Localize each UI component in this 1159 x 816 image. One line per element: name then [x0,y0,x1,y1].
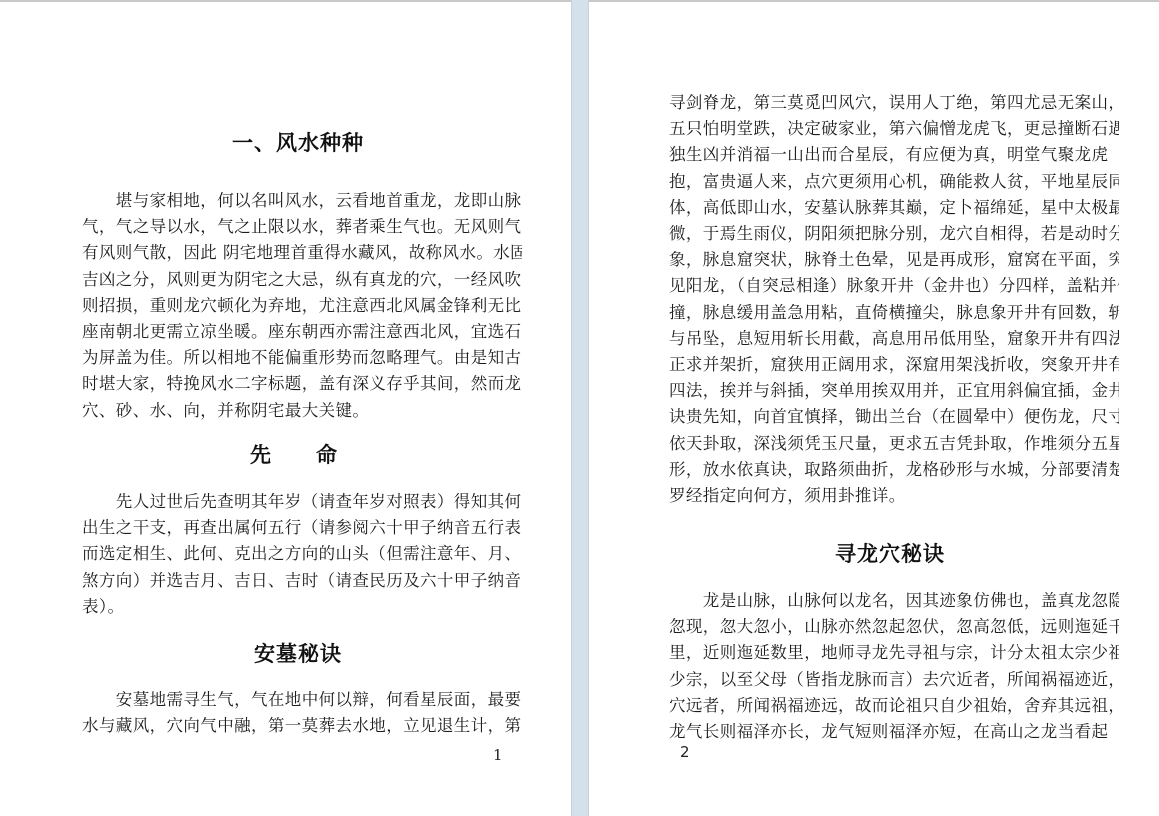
text-line: 为屏盖为佳。所以相地不能偏重形势而忽略理气。由是知古 [82,345,522,371]
text-line: 水与藏风，穴向气中融，第一莫葬去水地，立见退生计，第二莫 [82,713,522,739]
section-heading-anmu: 安墓秘诀 [254,638,342,668]
text-line: 独生凶并消福一山出而合星辰，有应便为真，明堂气聚龙虎 [669,142,1119,168]
text-line: 堪与家相地，何以名叫风水，云看地首重龙，龙即山脉之 [82,188,522,214]
text-line: 座南朝北更需立凉坐暖。座东朝西亦需注意西北风，宜选石砂 [82,319,522,345]
text-line: 忽现，忽大忽小，山脉亦然忽起忽伏，忽高忽低，远则迤延千 [669,614,1119,640]
text-line: 时堪大家，特挽风水二字标题，盖有深义存乎其间，然而龙、 [82,371,522,397]
text-line: 龙是山脉，山脉何以龙名，因其迹象仿佛也，盖真龙忽隐 [669,588,1119,614]
text-line: 正求并架折，窟狭用正阔用求，深窟用架浅折收，突象开井有 [669,352,1119,378]
text-line: 少宗，以至父母（皆指龙脉而言）去穴近者，所闻祸福迹近，去 [669,667,1119,693]
paragraph-anmu: 安墓地需寻生气，气在地中何以辩，何看星辰面，最要得 水与藏风，穴向气中融，第一莫… [82,687,522,739]
text-line: 则招损，重则龙穴顿化为弃地，尤注意西北风属金锋利无比， [82,293,522,319]
paragraph-anmu-continued: 寻剑脊龙，第三莫觅凹风穴，误用人丁绝，第四尤忌无案山，第 五只怕明堂跌，决定破家… [669,90,1119,509]
text-line: 四法，挨并与斜插，突单用挨双用并，正宜用斜偏宜插，金井要 [669,378,1119,404]
text-line: 撞，脉息缓用盖急用粘，直倚横撞尖，脉息象开井有回数，斩截 [669,300,1119,326]
paragraph-xunlongxue: 龙是山脉，山脉何以龙名，因其迹象仿佛也，盖真龙忽隐 忽现，忽大忽小，山脉亦然忽起… [669,588,1119,745]
text-line: 穴远者，所闻祸福迹远，故而论祖只自少祖始，舍弃其远祖，凡 [669,693,1119,719]
text-line: 诀贵先知，向首宜慎择，锄出兰台（在圆晕中）便伤龙，尺寸要 [669,404,1119,430]
text-line: 穴、砂、水、向，并称阴宅最大关键。 [82,398,522,424]
text-line: 而选定相生、此何、克出之方向的山头（但需注意年、月、日、时 [82,541,522,567]
section-heading-fengshui: 一、风水种种 [232,127,364,157]
document-viewer: 一、风水种种 堪与家相地，何以名叫风水，云看地首重龙，龙即山脉之 气，气之导以水… [0,0,1159,816]
text-line: 体，高低即山水，安墓认脉葬其巅，定卜福绵延，星中太极最玄 [669,195,1119,221]
text-line: 五只怕明堂跌，决定破家业，第六偏憎龙虎飞，更忌撞断石遇 [669,116,1119,142]
page-number: 2 [680,743,690,761]
text-line: 依天卦取，深浅须凭玉尺量，更求五吉凭卦取，作堆须分五星 [669,431,1119,457]
text-line: 里，近则迤延数里，地师寻龙先寻祖与宗，计分太祖太宗少祖 [669,640,1119,666]
section-heading-xianming: 先 命 [250,439,338,469]
text-line: 见阳龙，（自突忌相逢）脉象开井（金井也）分四样，盖粘并倚 [669,273,1119,299]
text-line: 形，放水依真诀，取路须曲折，龙格砂形与水城，分部要清楚， [669,457,1119,483]
text-line: 抱，富贵逼人来，点穴更须用心机，确能救人贫，平地星辰同一 [669,169,1119,195]
paragraph-fengshui: 堪与家相地，何以名叫风水，云看地首重龙，龙即山脉之 气，气之导以水，气之止限以水… [82,188,522,424]
page-2: 寻剑脊龙，第三莫觅凹风穴，误用人丁绝，第四尤忌无案山，第 五只怕明堂跌，决定破家… [589,2,1159,816]
text-line: 与吊坠，息短用斩长用截，高息用吊低用坠，窟象开井有四法， [669,326,1119,352]
text-line: 安墓地需寻生气，气在地中何以辩，何看星辰面，最要得 [82,687,522,713]
text-line: 微，于焉生雨仪，阴阳须把脉分别，龙穴自相得，若是动时分四 [669,221,1119,247]
page-gutter [571,0,589,816]
text-line: 罗经指定向何方，须用卦推详。 [669,483,1119,509]
text-line: 出生之干支，再查出属何五行（请参阅六十甲子纳音五行表） [82,515,522,541]
text-line: 先人过世后先查明其年岁（请查年岁对照表）得知其何年 [82,489,522,515]
text-line: 表）。 [82,594,522,620]
text-line: 气，气之导以水，气之止限以水，葬者乘生气也。无风则气聚， [82,214,522,240]
text-line: 寻剑脊龙，第三莫觅凹风穴，误用人丁绝，第四尤忌无案山，第 [669,90,1119,116]
page-number: 1 [493,746,503,764]
text-line: 龙气长则福泽亦长，龙气短则福泽亦短，在高山之龙当看起 [669,719,1119,745]
page-1: 一、风水种种 堪与家相地，何以名叫风水，云看地首重龙，龙即山脉之 气，气之导以水… [0,2,571,816]
paragraph-xianming: 先人过世后先查明其年岁（请查年岁对照表）得知其何年 出生之干支，再查出属何五行（… [82,489,522,620]
text-line: 吉凶之分，风则更为阴宅之大忌，纵有真龙的穴，一经风吹，轻 [82,267,522,293]
text-line: 有风则气散，因此 阴宅地理首重得水藏风，故称风水。水固有 [82,240,522,266]
text-line: 象，脉息窟突状，脉脊土色晕，见是再成形，窟窝在平面，突影 [669,247,1119,273]
section-heading-xunlongxue: 寻龙穴秘诀 [835,538,945,568]
text-line: 煞方向）并选吉月、吉日、吉时（请查民历及六十甲子纳音五行 [82,568,522,594]
